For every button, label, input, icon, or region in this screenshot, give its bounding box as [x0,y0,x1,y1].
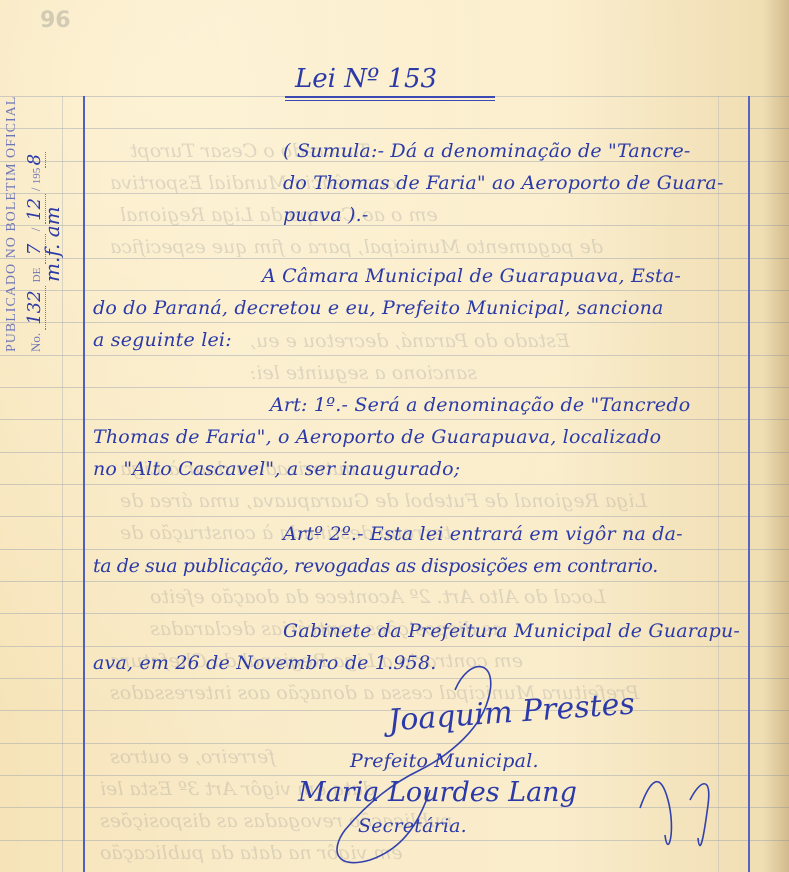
stamp-year-suffix: 8 [24,152,46,168]
stamp-number-label: No. [28,333,43,352]
stamp-year-prefix: 195 [31,168,43,185]
signature-flourish-icon [0,0,789,872]
ledger-page: 96 Tancredo o Cesar Turopt ocorrência Mu [0,0,789,872]
secretary-title: Secretária. [358,815,467,837]
stamp-initials: m.f. am [40,206,64,282]
secretary-signature: Maria Lourdes Lang [298,777,577,808]
mayor-title: Prefeito Municipal. [350,750,539,772]
stamp-heading: PUBLICADO NO BOLETIM OFICIAL [4,96,20,352]
stamp-number-value: 132 [24,286,46,330]
publication-stamp: PUBLICADO NO BOLETIM OFICIAL No. 132 DE … [4,102,64,352]
